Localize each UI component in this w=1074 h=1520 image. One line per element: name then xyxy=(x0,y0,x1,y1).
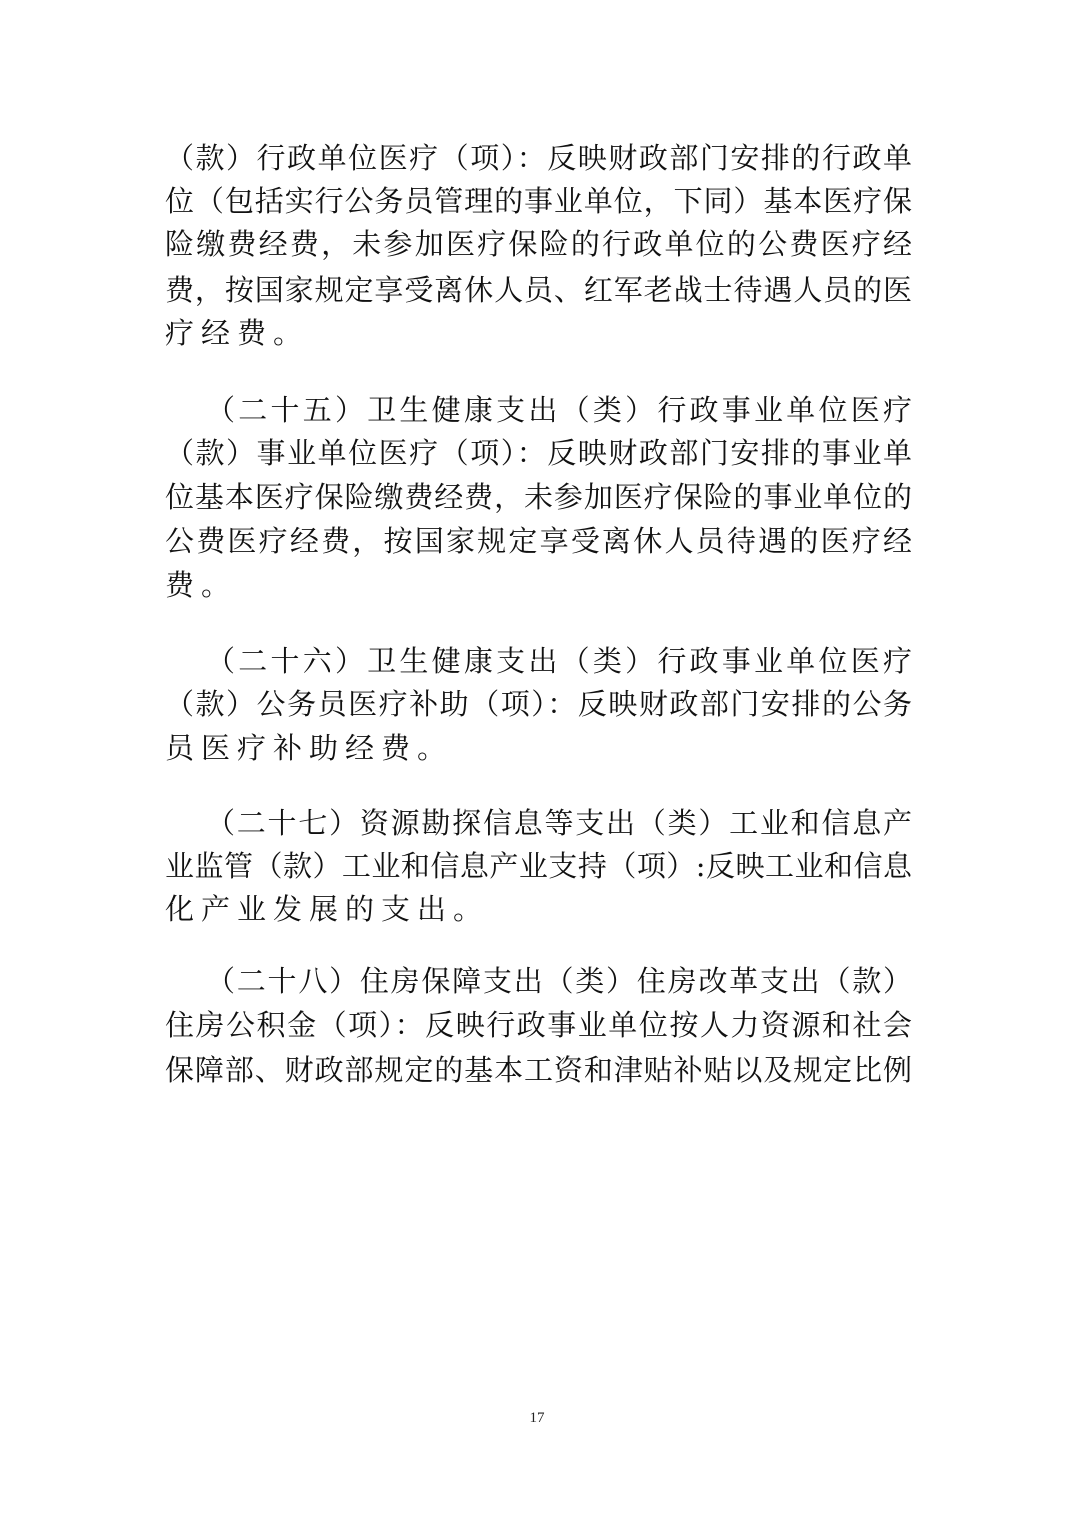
text-line: 费，按国家规定享受离休人员、红军老战士待遇人员的医 xyxy=(165,270,912,310)
text-line: 业监管（款）工业和信息产业支持（项）:反映工业和信息 xyxy=(165,846,912,886)
text-line: （二十六）卫生健康支出（类）行政事业单位医疗 xyxy=(206,641,912,681)
text-line: （款）公务员医疗补助（项）：反映财政部门安排的公务 xyxy=(165,684,912,724)
document-page: （款）行政单位医疗（项）：反映财政部门安排的行政单 位（包括实行公务员管理的事业… xyxy=(0,0,1074,1520)
text-line: （二十七）资源勘探信息等支出（类）工业和信息产 xyxy=(206,803,912,843)
text-line: 公费医疗经费，按国家规定享受离休人员待遇的医疗经 xyxy=(165,521,912,561)
text-line: 险缴费经费，未参加医疗保险的行政单位的公费医疗经 xyxy=(165,224,912,264)
text-line: 员医疗补助经费。 xyxy=(165,728,912,768)
text-line: 保障部、财政部规定的基本工资和津贴补贴以及规定比例 xyxy=(165,1050,912,1090)
text-line: 住房公积金（项）：反映行政事业单位按人力资源和社会 xyxy=(165,1005,912,1045)
text-line: 疗经费。 xyxy=(165,313,912,353)
text-line: 费。 xyxy=(165,565,912,605)
text-line: 位基本医疗保险缴费经费，未参加医疗保险的事业单位的 xyxy=(165,477,912,517)
page-number: 17 xyxy=(0,1410,1074,1427)
text-line: （二十五）卫生健康支出（类）行政事业单位医疗 xyxy=(206,390,912,430)
text-line: （二十八）住房保障支出（类）住房改革支出（款） xyxy=(206,961,912,1001)
text-line: 化产业发展的支出。 xyxy=(165,889,912,929)
text-line: （款）行政单位医疗（项）：反映财政部门安排的行政单 xyxy=(165,138,912,178)
text-line: （款）事业单位医疗（项）：反映财政部门安排的事业单 xyxy=(165,433,912,473)
text-line: 位（包括实行公务员管理的事业单位，下同）基本医疗保 xyxy=(165,181,912,221)
